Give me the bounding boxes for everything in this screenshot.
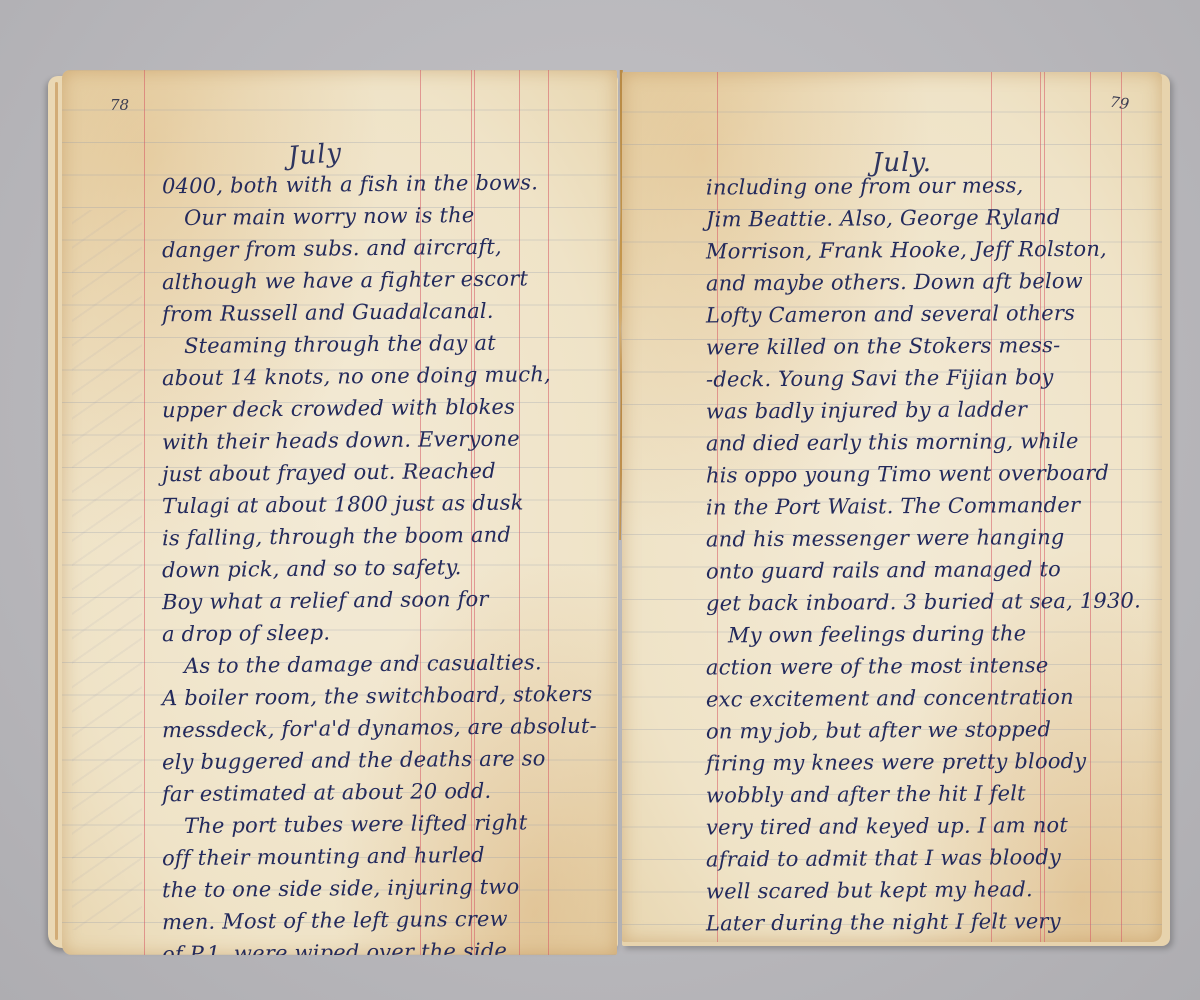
left-page: 78 July 0400, both with a fish in the bo… [62, 70, 617, 955]
right-page: 79 July. including one from our mess, Ji… [622, 72, 1162, 942]
text-line: Lofty Cameron and several others [706, 296, 1141, 331]
text-line: on my job, but after we stopped [706, 712, 1141, 747]
text-line: Boy what a relief and soon for [162, 582, 597, 619]
text-line: and his messenger were hanging [706, 520, 1141, 555]
page-heading: July [287, 138, 343, 172]
text-line: is falling, through the boom and [162, 518, 597, 555]
text-line: Tulagi at about 1800 just as dusk [162, 486, 597, 523]
page-number: 79 [1109, 93, 1130, 113]
text-line: and died early this morning, while [706, 424, 1141, 459]
text-line: Morrison, Frank Hooke, Jeff Rolston, [706, 232, 1141, 267]
margin-rule [144, 70, 145, 955]
text-line: firing my knees were pretty bloody [706, 744, 1141, 779]
text-line: get back inboard. 3 buried at sea, 1930. [706, 584, 1141, 619]
text-line: As to the damage and casualties. [162, 646, 597, 683]
text-line: action were of the most intense [706, 648, 1141, 683]
text-line: wobbly and after the hit I felt [706, 776, 1141, 811]
handwritten-lines: 0400, both with a fish in the bows. Our … [162, 168, 597, 955]
text-line: about 14 knots, no one doing much, [162, 358, 597, 395]
text-line: men. Most of the left guns crew [162, 902, 597, 939]
text-line: a drop of sleep. [162, 614, 597, 651]
text-line: afraid to admit that I was bloody [706, 840, 1141, 875]
text-line: the to one side side, injuring two [162, 870, 597, 907]
text-line: down pick, and so to safety. [162, 550, 597, 587]
text-line: -deck. Young Savi the Fijian boy [706, 360, 1141, 395]
text-line: in the Port Waist. The Commander [706, 488, 1141, 523]
text-line: was badly injured by a ladder [706, 392, 1141, 427]
text-line: with their heads down. Everyone [162, 422, 597, 459]
text-line: of P.1. were wiped over the side [162, 934, 597, 955]
text-line: ely buggered and the deaths are so [162, 742, 597, 779]
open-notebook: 78 July 0400, both with a fish in the bo… [0, 0, 1200, 1000]
text-line: Later during the night I felt very [706, 904, 1141, 939]
text-line: and maybe others. Down aft below [706, 264, 1141, 299]
text-line: Our main worry now is the [162, 198, 597, 235]
text-line: danger from subs. and aircraft, [162, 230, 597, 267]
text-line: The port tubes were lifted right [162, 806, 597, 843]
text-line: Jim Beattie. Also, George Ryland [706, 200, 1141, 235]
show-through-ink [72, 210, 142, 930]
text-line: A boiler room, the switchboard, stokers [162, 678, 597, 715]
text-line: from Russell and Guadalcanal. [162, 294, 597, 331]
text-line: off their mounting and hurled [162, 838, 597, 875]
text-line: messdeck, for'a'd dynamos, are absolut- [162, 710, 597, 747]
text-line: well scared but kept my head. [706, 872, 1141, 907]
text-line: just about frayed out. Reached [162, 454, 597, 491]
text-line: very tired and keyed up. I am not [706, 808, 1141, 843]
handwritten-lines: including one from our mess, Jim Beattie… [706, 170, 1141, 942]
text-line: onto guard rails and managed to [706, 552, 1141, 587]
text-line: upper deck crowded with blokes [162, 390, 597, 427]
text-line: far estimated at about 20 odd. [162, 774, 597, 811]
text-line: his oppo young Timo went overboard [706, 456, 1141, 491]
text-line: Steaming through the day at [162, 326, 597, 363]
text-line: 0400, both with a fish in the bows. [162, 166, 597, 203]
text-line: My own feelings during the [706, 616, 1141, 651]
text-line: although we have a fighter escort [162, 262, 597, 299]
text-line: including one from our mess, [706, 168, 1141, 203]
text-line: exc excitement and concentration [706, 680, 1141, 715]
text-line: were killed on the Stokers mess- [706, 328, 1141, 363]
page-number: 78 [110, 96, 129, 114]
